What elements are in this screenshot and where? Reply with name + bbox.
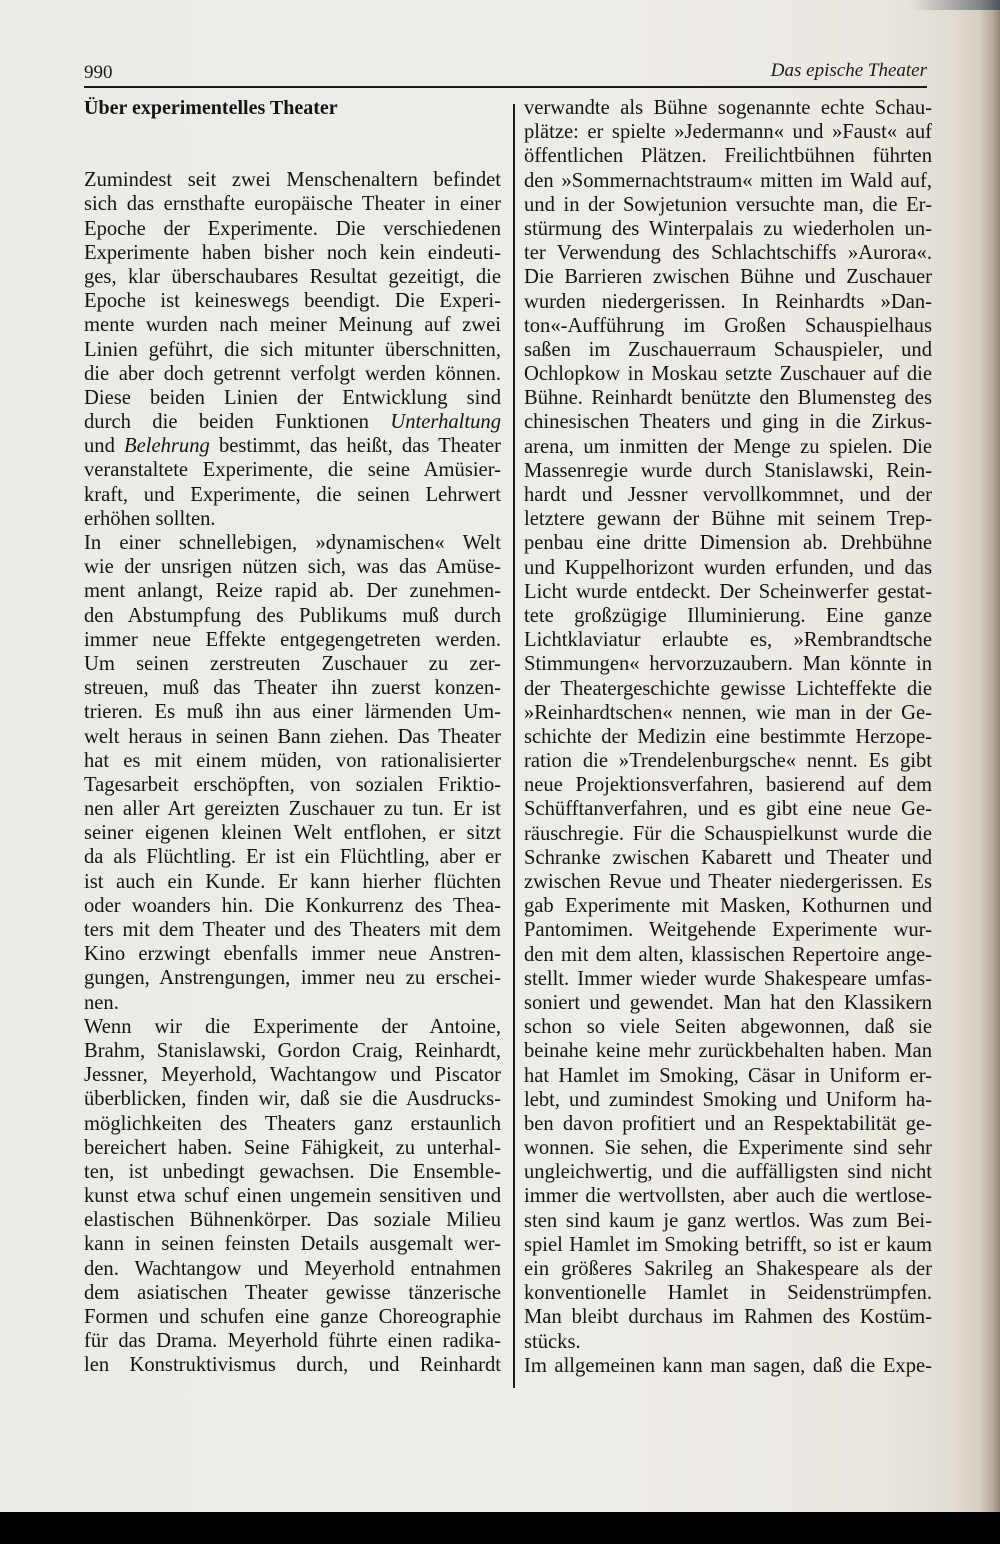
text-line: streuen, muß das Theater ihn zuerst konz… [84,676,501,700]
text-line: Im allgemeinen kann man sagen, daß die E… [524,1354,932,1378]
emphasized-term: Belehrung [124,435,210,457]
text-line: ton«-Aufführung im Großen Schauspielhaus [524,314,932,338]
text-line: bereichert haben. Seine Fähigkeit, zu un… [84,1136,501,1160]
text-line: konventionelle Hamlet in Seidenstrümpfen… [524,1281,932,1305]
text-line: öffentlichen Plätzen. Freilichtbühnen fü… [524,144,932,168]
text-line: Formen und schufen eine ganze Choreograp… [84,1305,501,1329]
text-line: neue Projektionsverfahren, basierend auf… [524,773,932,797]
text-line: Die Barrieren zwischen Bühne und Zuschau… [524,265,932,289]
right-column-text: verwandte als Bühne sogenannte echte Sch… [524,96,932,1378]
text-line: Linien geführt, die sich mitunter übersc… [84,338,501,362]
running-head: Das epische Theater [771,60,927,82]
text-line: chinesischen Theaters und ging in die Zi… [524,410,932,434]
text-line: für das Drama. Meyerhold führte einen ra… [84,1329,501,1353]
text-line: verwandte als Bühne sogenannte echte Sch… [524,96,932,120]
text-line: gab Experimente mit Masken, Kothurnen un… [524,894,932,918]
text-line: Jessner, Meyerhold, Wachtangow und Pisca… [84,1063,501,1087]
text-line: gungen, Anstrengungen, immer neu zu ersc… [84,966,501,990]
text-line: Schranke zwischen Kabarett und Theater u… [524,846,932,870]
left-column-text: Zumindest seit zwei Menschenaltern befin… [84,168,501,1377]
text-line: Man bleibt durchaus im Rahmen des Kostüm… [524,1305,932,1329]
text-line: überblicken, finden wir, daß sie die Aus… [84,1087,501,1111]
text-line: durch die beiden Funktionen Unterhaltung [84,410,501,434]
text-line: Kino erzwingt ebenfalls immer neue Anstr… [84,942,501,966]
text-line: veranstaltete Experimente, die seine Amü… [84,458,501,482]
text-line: kunst etwa schuf einen ungemein sensitiv… [84,1184,501,1208]
text-line: tete großzügige Illuminierung. Eine ganz… [524,604,932,628]
text-line: ten, ist unbedingt gewachsen. Die Ensemb… [84,1160,501,1184]
text-line: und in der Sowjetunion versuchte man, di… [524,193,932,217]
text-line: den mit dem alten, klassischen Repertoir… [524,943,932,967]
text-line: den Abstumpfung des Publikums muß durch [84,604,501,628]
text-line: Pantomimen. Weitgehende Experimente wur- [524,918,932,942]
left-column: Über experimentelles Theater Zumindest s… [84,96,501,1378]
text-line: immer neue Effekte entgegengetreten werd… [84,628,501,652]
text-line: spiel Hamlet im Smoking betrifft, so ist… [524,1233,932,1257]
text-line: Epoche der Experimente. Die verschiedene… [84,217,501,241]
text-line: und Belehrung bestimmt, das heißt, das T… [84,434,501,458]
text-line: plätze: er spielte »Jedermann« und »Faus… [524,120,932,144]
text-line: Um seinen zerstreuten Zuschauer zu zer- [84,652,501,676]
text-line: In einer schnellebigen, »dynamischen« We… [84,531,501,555]
text-line: mente wurden nach meiner Meinung auf zwe… [84,313,501,337]
text-line: ration die »Trendelenburgsche« nennt. Es… [524,749,932,773]
text-line: Bühne. Reinhardt benützte den Blumensteg… [524,386,932,410]
text-line: ein größeres Sakrileg an Shakespeare als… [524,1257,932,1281]
text-line: möglichkeiten des Theaters ganz erstaunl… [84,1112,501,1136]
text-line: und Kuppelhorizont wurden erfunden, und … [524,556,932,580]
page-spine-shadow [980,0,1000,1512]
text-line: Licht wurde entdeckt. Der Scheinwerfer g… [524,580,932,604]
text-line: ist auch ein Kunde. Er kann hierher flüc… [84,870,501,894]
text-line: oder woanders hin. Die Konkurrenz des Th… [84,894,501,918]
text-line: ters mit dem Theater und des Theaters mi… [84,918,501,942]
text-line: da als Flüchtling. Er ist ein Flüchtling… [84,845,501,869]
text-line: Tagesarbeit erschöpften, von sozialen Fr… [84,773,501,797]
text-line: dem asiatischen Theater gewisse tänzeris… [84,1281,501,1305]
text-line: Lichtklaviatur erlaubte es, »Rembrandtsc… [524,628,932,652]
text-line: welt heraus in seinen Bann ziehen. Das T… [84,725,501,749]
page-number: 990 [84,62,113,84]
text-line: hardt und Jessner vervollkommnet, und de… [524,483,932,507]
text-line: ment anlangt, Reize rapid ab. Der zunehm… [84,579,501,603]
text-line: den »Sommernachtstraum« mitten im Wald a… [524,169,932,193]
text-line: wie der unsrigen nützen sich, was das Am… [84,555,501,579]
text-line: kann in seinen feinsten Details ausgemal… [84,1232,501,1256]
text-line: Wenn wir die Experimente der Antoine, [84,1015,501,1039]
text-line: nen aller Art gereizten Zuschauer zu tun… [84,797,501,821]
text-line: Experimente haben bisher noch kein einde… [84,241,501,265]
text-line: elastischen Bühnenkörper. Das soziale Mi… [84,1208,501,1232]
text-line: lebt, und zumindest Smoking und Uniform … [524,1088,932,1112]
column-divider [513,104,515,1388]
text-line: hat Hamlet im Smoking, Cäsar in Uniform … [524,1064,932,1088]
section-title: Über experimentelles Theater [84,96,501,120]
text-line: ungleichwertig, und die auffälligsten si… [524,1160,932,1184]
right-column: verwandte als Bühne sogenannte echte Sch… [524,96,932,1378]
text-line: letztere gewann der Bühne mit seinem Tre… [524,507,932,531]
page-header: 990 Das epische Theater [84,58,927,88]
text-line: ben davon profitiert und an Respektabili… [524,1112,932,1136]
text-line: soniert und gewendet. Man hat den Klassi… [524,991,932,1015]
text-line: stücks. [524,1330,932,1354]
text-line: sich das ernsthafte europäische Theater … [84,192,501,216]
text-line: die aber doch getrennt verfolgt werden k… [84,362,501,386]
text-line: ges, klar überschaubares Resultat gezeit… [84,265,501,289]
text-line: stellt. Immer wieder wurde Shakespeare u… [524,967,932,991]
text-line: zwischen Revue und Theater niedergerisse… [524,870,932,894]
text-line: trieren. Es muß ihn aus einer lärmenden … [84,700,501,724]
text-line: hat es mit einem müden, von rationalisie… [84,749,501,773]
text-line: »Reinhardtschen« nennen, wie man in der … [524,701,932,725]
text-line: erhöhen sollten. [84,507,501,531]
page-corner-shadow [910,0,1000,10]
text-line: seiner eigenen kleinen Welt entflohen, e… [84,821,501,845]
text-line: Brahm, Stanislawski, Gordon Craig, Reinh… [84,1039,501,1063]
text-line: penbau eine dritte Dimension ab. Drehbüh… [524,531,932,555]
text-line: beinahe keine mehr zurückbehalten haben.… [524,1039,932,1063]
emphasized-term: Unterhaltung [390,411,501,433]
text-line: Zumindest seit zwei Menschenaltern befin… [84,168,501,192]
text-line: Ochlopkow in Moskau setzte Zuschauer auf… [524,362,932,386]
text-line: sten sind kaum je ganz wertlos. Was zum … [524,1209,932,1233]
text-line: nen. [84,991,501,1015]
text-line: kraft, und Experimente, die seinen Lehrw… [84,483,501,507]
text-line: immer die wertvollsten, aber auch die we… [524,1184,932,1208]
text-line: ter Verwendung des Schlachtschiffs »Auro… [524,241,932,265]
text-line: wonnen. Sie sehen, die Experimente sind … [524,1136,932,1160]
text-line: Massenregie wurde durch Stanislawski, Re… [524,459,932,483]
text-line: Schüfftanverfahren, und es gibt eine neu… [524,797,932,821]
text-line: arena, um inmitten der Menge zu spielen.… [524,435,932,459]
text-line: der Theatergeschichte gewisse Lichteffek… [524,677,932,701]
text-line: Epoche ist keineswegs beendigt. Die Expe… [84,289,501,313]
text-line: stürmung des Winterpalais zu wiederholen… [524,217,932,241]
text-line: len Konstruktivismus durch, und Reinhard… [84,1353,501,1377]
book-page: 990 Das epische Theater Über experimente… [0,0,1000,1512]
text-line: räuschregie. Für die Schauspielkunst wur… [524,822,932,846]
text-line: den. Wachtangow und Meyerhold entnahmen [84,1257,501,1281]
text-line: wurden niedergerissen. In Reinhardts »Da… [524,290,932,314]
text-line: Diese beiden Linien der Entwicklung sind [84,386,501,410]
text-line: Stimmungen« hervorzuzaubern. Man könnte … [524,652,932,676]
text-line: schon so viele Seiten abgewonnen, daß si… [524,1015,932,1039]
text-line: schichte der Medizin eine bestimmte Herz… [524,725,932,749]
text-line: saßen im Zuschauerraum Schauspieler, und [524,338,932,362]
